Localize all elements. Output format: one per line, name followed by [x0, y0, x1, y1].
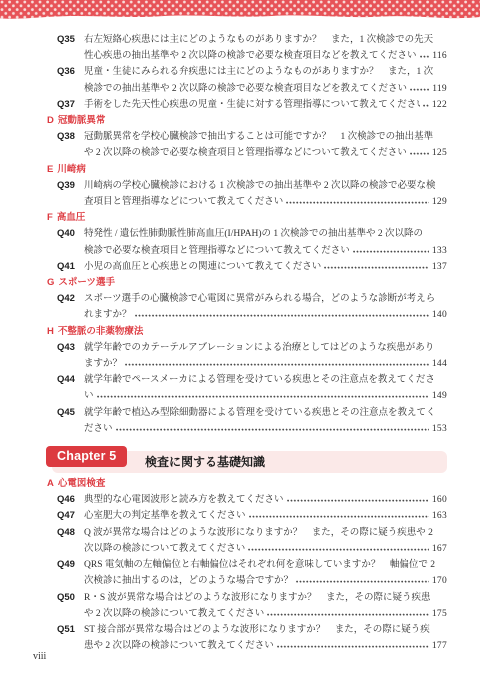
- question-text: 小児の高血圧と心疾患との関連について教えてください137: [84, 259, 447, 275]
- question-text: 典型的な心電図波形と読み方を教えてください160: [84, 492, 447, 508]
- page-number: 177: [432, 641, 447, 651]
- question-number: Q43: [57, 340, 84, 356]
- question-line: 検診での抽出基準や 2 次以降の検診で必要な検査項目などを教えてください: [84, 81, 407, 97]
- question-last-line: 典型的な心電図波形と読み方を教えてください160: [84, 492, 447, 508]
- question-last-line: 手術をした先天性心疾患の児童・生徒に対する管理指導について教えてください122: [84, 97, 447, 113]
- question-text: Q 波が異常な場合はどのような波形になりますか？ また，その際に疑う疾患や 2次…: [84, 525, 447, 557]
- polka-dot-border: [0, 0, 480, 24]
- question-line: 就学年齢で植込み型除細動器による管理を受けている疾患とその注意点を教えてく: [84, 405, 447, 421]
- section-header-d: D冠動脈異常: [47, 113, 447, 129]
- page-number: 160: [432, 495, 447, 505]
- question-last-line: 患や 2 次以降の検診について教えてください177: [84, 638, 447, 654]
- question-text: 就学年齢で植込み型除細動器による管理を受けている疾患とその注意点を教えてください…: [84, 405, 447, 437]
- chapter-title: 検査に関する基礎知識: [145, 451, 265, 473]
- question-line: 検診で必要な検査項目と管理指導などについて教えてください: [84, 243, 350, 259]
- question-line: ますか？: [84, 356, 122, 372]
- dot-leader: [277, 645, 429, 648]
- question-line: 患や 2 次以降の検診について教えてください: [84, 638, 274, 654]
- page-number: 140: [432, 310, 447, 320]
- question-last-line: 検診での抽出基準や 2 次以降の検診で必要な検査項目などを教えてください119: [84, 81, 447, 97]
- section-label: スポーツ選手: [58, 277, 115, 288]
- section-letter: G: [47, 277, 54, 288]
- toc-entry-q38: Q38冠動脈異常を学校心臓検診で抽出することは可能ですか？ 1 次検診での抽出基…: [47, 129, 447, 161]
- question-line: ださい: [84, 421, 113, 437]
- section-letter: F: [47, 212, 53, 223]
- page-number: 170: [432, 576, 447, 586]
- dot-leader: [410, 88, 429, 91]
- toc-entry-q46: Q46典型的な心電図波形と読み方を教えてください160: [47, 492, 447, 508]
- toc-entry-q50: Q50R・S 波が異常な場合はどのような波形になりますか？ また，その際に疑う疾…: [47, 590, 447, 622]
- toc-entry-q49: Q49QRS 電気軸の左軸偏位と右軸偏位はそれぞれ何を意味していますか？ 軸偏位…: [47, 557, 447, 589]
- section-label: 高血圧: [57, 212, 86, 223]
- question-number: Q35: [57, 32, 84, 48]
- dot-leader: [420, 55, 430, 58]
- page-number: 125: [432, 148, 447, 158]
- dot-leader: [249, 515, 429, 518]
- question-line: や 2 次以降の検診について教えてください: [84, 606, 264, 622]
- question-line: 児童・生徒にみられる弁疾患には主にどのようなものがありますか？ また，1 次: [84, 64, 447, 80]
- toc-entry-q39: Q39川崎病の学校心臓検診における 1 次検診での抽出基準や 2 次以降の検診で…: [47, 178, 447, 210]
- page-number: 133: [432, 246, 447, 256]
- section-header-g: Gスポーツ選手: [47, 275, 447, 291]
- dot-leader: [97, 395, 429, 398]
- question-number: Q40: [57, 226, 84, 242]
- question-text: 右左短絡心疾患には主にどのようなものがありますか？ また，1 次検診での先天性心…: [84, 32, 447, 64]
- section-letter: A: [47, 478, 54, 489]
- question-text: QRS 電気軸の左軸偏位と右軸偏位はそれぞれ何を意味していますか？ 軸偏位で 2…: [84, 557, 447, 589]
- page-number: 122: [432, 100, 447, 110]
- dot-leader: [423, 104, 429, 107]
- section-letter: D: [47, 115, 54, 126]
- question-line: スポーツ選手の心臓検診で心電図に異常がみられる場合，どのような診断が考えら: [84, 291, 447, 307]
- question-line: 典型的な心電図波形と読み方を教えてください: [84, 492, 284, 508]
- question-last-line: れますか？140: [84, 307, 447, 323]
- section-header-e: E川崎病: [47, 162, 447, 178]
- page-number: 149: [432, 391, 447, 401]
- question-line: ST 接合部が異常な場合はどのような波形になりますか？ また，その際に疑う疾: [84, 622, 447, 638]
- dot-leader: [135, 314, 429, 317]
- question-line: R・S 波が異常な場合はどのような波形になりますか？ また，その際に疑う疾患: [84, 590, 447, 606]
- dot-leader: [296, 580, 429, 583]
- page-number: 119: [432, 84, 447, 94]
- question-last-line: 小児の高血圧と心疾患との関連について教えてください137: [84, 259, 447, 275]
- section-header-f: F高血圧: [47, 210, 447, 226]
- question-line: 右左短絡心疾患には主にどのようなものがありますか？ また，1 次検診での先天: [84, 32, 447, 48]
- section-label: 心電図検査: [58, 478, 106, 489]
- question-line: い: [84, 388, 94, 404]
- section-label: 不整脈の非薬物療法: [58, 326, 144, 337]
- question-line: 手術をした先天性心疾患の児童・生徒に対する管理指導について教えてください: [84, 97, 420, 113]
- question-last-line: 次以降の検診について教えてください167: [84, 541, 447, 557]
- question-line: QRS 電気軸の左軸偏位と右軸偏位はそれぞれ何を意味していますか？ 軸偏位で 2: [84, 557, 447, 573]
- section-letter: H: [47, 326, 54, 337]
- question-number: Q37: [57, 97, 84, 113]
- question-text: 心室肥大の判定基準を教えてください163: [84, 508, 447, 524]
- question-last-line: い149: [84, 388, 447, 404]
- toc-entry-q37: Q37手術をした先天性心疾患の児童・生徒に対する管理指導について教えてください1…: [47, 97, 447, 113]
- section-header-a: A心電図検査: [47, 476, 447, 492]
- question-number: Q42: [57, 291, 84, 307]
- question-line: や 2 次以降の検診で必要な検査項目と管理指導などについて教えてください: [84, 145, 407, 161]
- page-number: 144: [432, 359, 447, 369]
- question-number: Q49: [57, 557, 84, 573]
- toc-entry-q44: Q44就学年齢でペースメーカによる管理を受けている疾患とその注意点を教えてくださ…: [47, 372, 447, 404]
- toc-entry-q41: Q41小児の高血圧と心疾患との関連について教えてください137: [47, 259, 447, 275]
- question-text: 冠動脈異常を学校心臓検診で抽出することは可能ですか？ 1 次検診での抽出基準や …: [84, 129, 447, 161]
- dot-leader: [286, 201, 429, 204]
- toc-entry-q51: Q51ST 接合部が異常な場合はどのような波形になりますか？ また，その際に疑う…: [47, 622, 447, 654]
- dot-leader: [287, 499, 429, 502]
- question-line: 川崎病の学校心臓検診における 1 次検診での抽出基準や 2 次以降の検診で必要な…: [84, 178, 447, 194]
- question-last-line: ださい153: [84, 421, 447, 437]
- question-last-line: 検診で必要な検査項目と管理指導などについて教えてください133: [84, 243, 447, 259]
- toc-entry-q35: Q35右左短絡心疾患には主にどのようなものがありますか？ また，1 次検診での先…: [47, 32, 447, 64]
- section-label: 冠動脈異常: [58, 115, 106, 126]
- toc-entry-q36: Q36児童・生徒にみられる弁疾患には主にどのようなものがありますか？ また，1 …: [47, 64, 447, 96]
- toc-entry-q43: Q43就学年齢でのカテーテルアブレーションによる治療としてはどのような疾患があり…: [47, 340, 447, 372]
- dot-leader: [116, 428, 429, 431]
- question-line: 小児の高血圧と心疾患との関連について教えてください: [84, 259, 321, 275]
- question-text: 川崎病の学校心臓検診における 1 次検診での抽出基準や 2 次以降の検診で必要な…: [84, 178, 447, 210]
- question-text: 特発性 / 遺伝性肺動脈性肺高血圧(I/HPAH)の 1 次検診での抽出基準や …: [84, 226, 447, 258]
- page-number: 163: [432, 511, 447, 521]
- question-number: Q45: [57, 405, 84, 421]
- question-last-line: 心室肥大の判定基準を教えてください163: [84, 508, 447, 524]
- toc-entry-q48: Q48Q 波が異常な場合はどのような波形になりますか？ また，その際に疑う疾患や…: [47, 525, 447, 557]
- page: { "page": { "footer_page_number": "viii"…: [0, 0, 480, 678]
- question-last-line: 査項目と管理指導などについて教えてください129: [84, 194, 447, 210]
- section-header-h: H不整脈の非薬物療法: [47, 324, 447, 340]
- question-line: 就学年齢でのカテーテルアブレーションによる治療としてはどのような疾患があり: [84, 340, 447, 356]
- question-text: R・S 波が異常な場合はどのような波形になりますか？ また，その際に疑う疾患や …: [84, 590, 447, 622]
- question-last-line: や 2 次以降の検診で必要な検査項目と管理指導などについて教えてください125: [84, 145, 447, 161]
- dot-leader: [125, 363, 429, 366]
- question-line: 冠動脈異常を学校心臓検診で抽出することは可能ですか？ 1 次検診での抽出基準: [84, 129, 447, 145]
- question-line: 心室肥大の判定基準を教えてください: [84, 508, 246, 524]
- question-text: 就学年齢でのカテーテルアブレーションによる治療としてはどのような疾患がありますか…: [84, 340, 447, 372]
- question-last-line: 性心疾患の抽出基準や 2 次以降の検診で必要な検査項目などを教えてください116: [84, 48, 447, 64]
- question-number: Q36: [57, 64, 84, 80]
- question-line: Q 波が異常な場合はどのような波形になりますか？ また，その際に疑う疾患や 2: [84, 525, 447, 541]
- dot-leader: [248, 548, 429, 551]
- section-label: 川崎病: [57, 164, 86, 175]
- page-number: 137: [432, 262, 447, 272]
- page-number: 116: [432, 51, 447, 61]
- question-last-line: や 2 次以降の検診について教えてください175: [84, 606, 447, 622]
- question-number: Q48: [57, 525, 84, 541]
- chapter-badge: Chapter 5: [46, 446, 127, 467]
- toc-entry-q47: Q47心室肥大の判定基準を教えてください163: [47, 508, 447, 524]
- question-text: 手術をした先天性心疾患の児童・生徒に対する管理指導について教えてください122: [84, 97, 447, 113]
- section-letter: E: [47, 164, 53, 175]
- page-footer-number: viii: [33, 651, 46, 662]
- question-line: 次以降の検診について教えてください: [84, 541, 245, 557]
- dot-leader: [353, 250, 429, 253]
- toc-entry-q40: Q40特発性 / 遺伝性肺動脈性肺高血圧(I/HPAH)の 1 次検診での抽出基…: [47, 226, 447, 258]
- question-line: 性心疾患の抽出基準や 2 次以降の検診で必要な検査項目などを教えてください: [84, 48, 417, 64]
- question-number: Q51: [57, 622, 84, 638]
- question-text: 児童・生徒にみられる弁疾患には主にどのようなものがありますか？ また，1 次検診…: [84, 64, 447, 96]
- question-number: Q50: [57, 590, 84, 606]
- page-number: 167: [432, 544, 447, 554]
- question-number: Q44: [57, 372, 84, 388]
- question-number: Q38: [57, 129, 84, 145]
- page-number: 175: [432, 609, 447, 619]
- page-number: 129: [432, 197, 447, 207]
- toc-entry-q42: Q42スポーツ選手の心臓検診で心電図に異常がみられる場合，どのような診断が考えら…: [47, 291, 447, 323]
- question-number: Q47: [57, 508, 84, 524]
- toc-entry-q45: Q45就学年齢で植込み型除細動器による管理を受けている疾患とその注意点を教えてく…: [47, 405, 447, 437]
- dot-leader: [267, 613, 429, 616]
- question-text: スポーツ選手の心臓検診で心電図に異常がみられる場合，どのような診断が考えられます…: [84, 291, 447, 323]
- question-line: 査項目と管理指導などについて教えてください: [84, 194, 283, 210]
- question-line: れますか？: [84, 307, 132, 323]
- dot-leader: [324, 266, 429, 269]
- question-text: ST 接合部が異常な場合はどのような波形になりますか？ また，その際に疑う疾患や…: [84, 622, 447, 654]
- question-line: 就学年齢でペースメーカによる管理を受けている疾患とその注意点を教えてくださ: [84, 372, 447, 388]
- chapter-heading: 検査に関する基礎知識Chapter 5: [47, 446, 447, 473]
- page-number: 153: [432, 424, 447, 434]
- question-line: 特発性 / 遺伝性肺動脈性肺高血圧(I/HPAH)の 1 次検診での抽出基準や …: [84, 226, 447, 242]
- question-text: 就学年齢でペースメーカによる管理を受けている疾患とその注意点を教えてください14…: [84, 372, 447, 404]
- toc-list: Q35右左短絡心疾患には主にどのようなものがありますか？ また，1 次検診での先…: [0, 24, 480, 654]
- question-line: 次検診に抽出するのは，どのような場合ですか？: [84, 573, 293, 589]
- dot-leader: [410, 152, 429, 155]
- question-number: Q46: [57, 492, 84, 508]
- question-number: Q41: [57, 259, 84, 275]
- question-number: Q39: [57, 178, 84, 194]
- question-last-line: ますか？144: [84, 356, 447, 372]
- question-last-line: 次検診に抽出するのは，どのような場合ですか？170: [84, 573, 447, 589]
